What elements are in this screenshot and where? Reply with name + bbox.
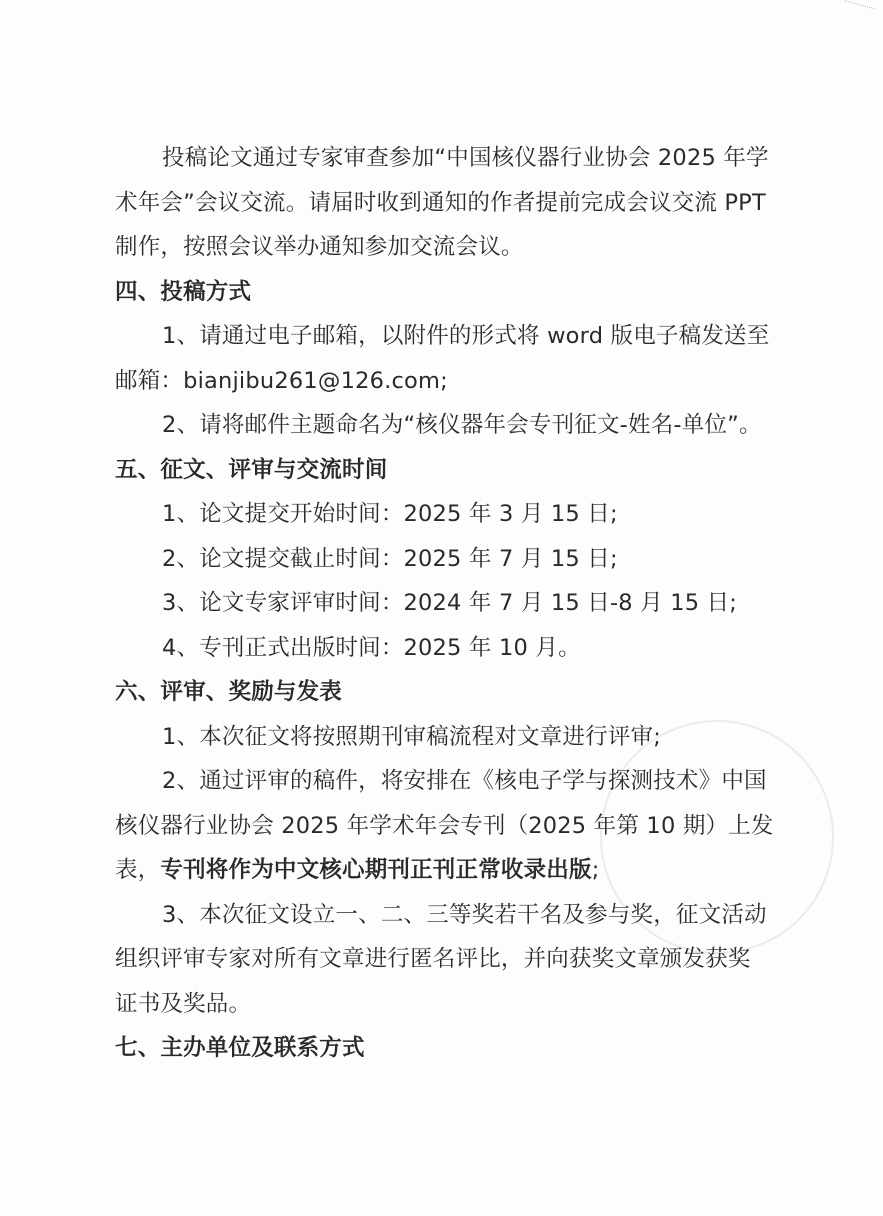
section-5-item-1: 1、论文提交开始时间：2025 年 3 月 15 日;	[115, 496, 765, 541]
section-4-item-1-line-1: 1、请通过电子邮箱，以附件的形式将 word 版电子稿发送至	[115, 318, 765, 363]
section-4-item-2: 2、请将邮件主题命名为“核仪器年会专刊征文-姓名-单位”。	[115, 407, 765, 452]
section-5-item-3: 3、论文专家评审时间：2024 年 7 月 15 日-8 月 15 日;	[115, 585, 765, 630]
section-5-item-2: 2、论文提交截止时间：2025 年 7 月 15 日;	[115, 541, 765, 586]
section-7-heading: 七、主办单位及联系方式	[115, 1030, 765, 1075]
intro-line-1: 投稿论文通过专家审查参加“中国核仪器行业协会 2025 年学	[115, 140, 765, 185]
intro-line-3: 制作，按照会议举办通知参加交流会议。	[115, 229, 765, 274]
section-6-item-3-line-2: 组织评审专家对所有文章进行匿名评比，并向获奖文章颁发获奖	[115, 941, 765, 986]
section-4-heading: 四、投稿方式	[115, 274, 765, 319]
section-6-item-3-line-1: 3、本次征文设立一、二、三等奖若干名及参与奖，征文活动	[115, 897, 765, 942]
intro-line-2: 术年会”会议交流。请届时收到通知的作者提前完成会议交流 PPT	[115, 185, 765, 230]
section-6-item-2-bold-emphasis: 专刊将作为中文核心期刊正刊正常收录出版	[160, 857, 591, 883]
section-4-item-1-email: 邮箱：bianjibu261@126.com;	[115, 363, 765, 408]
section-5-item-4: 4、专刊正式出版时间：2025 年 10 月。	[115, 630, 765, 675]
section-6-item-2-line-3: 表，专刊将作为中文核心期刊正刊正常收录出版;	[115, 852, 765, 897]
section-6-item-2-line-2: 核仪器行业协会 2025 年学术年会专刊（2025 年第 10 期）上发	[115, 808, 765, 853]
section-6-item-2-plain: 表，	[115, 857, 160, 883]
section-6-item-2-line-1: 2、通过评审的稿件，将安排在《核电子学与探测技术》中国	[115, 763, 765, 808]
document-page: 投稿论文通过专家审查参加“中国核仪器行业协会 2025 年学 术年会”会议交流。…	[0, 0, 883, 1216]
section-6-heading: 六、评审、奖励与发表	[115, 674, 765, 719]
section-5-heading: 五、征文、评审与交流时间	[115, 452, 765, 497]
section-6-item-3-line-3: 证书及奖品。	[115, 986, 765, 1031]
document-body: 投稿论文通过专家审查参加“中国核仪器行业协会 2025 年学 术年会”会议交流。…	[115, 140, 765, 1075]
scan-artifact	[842, 0, 874, 18]
section-6-item-1: 1、本次征文将按照期刊审稿流程对文章进行评审;	[115, 719, 765, 764]
section-6-item-2-end: ;	[592, 857, 600, 883]
